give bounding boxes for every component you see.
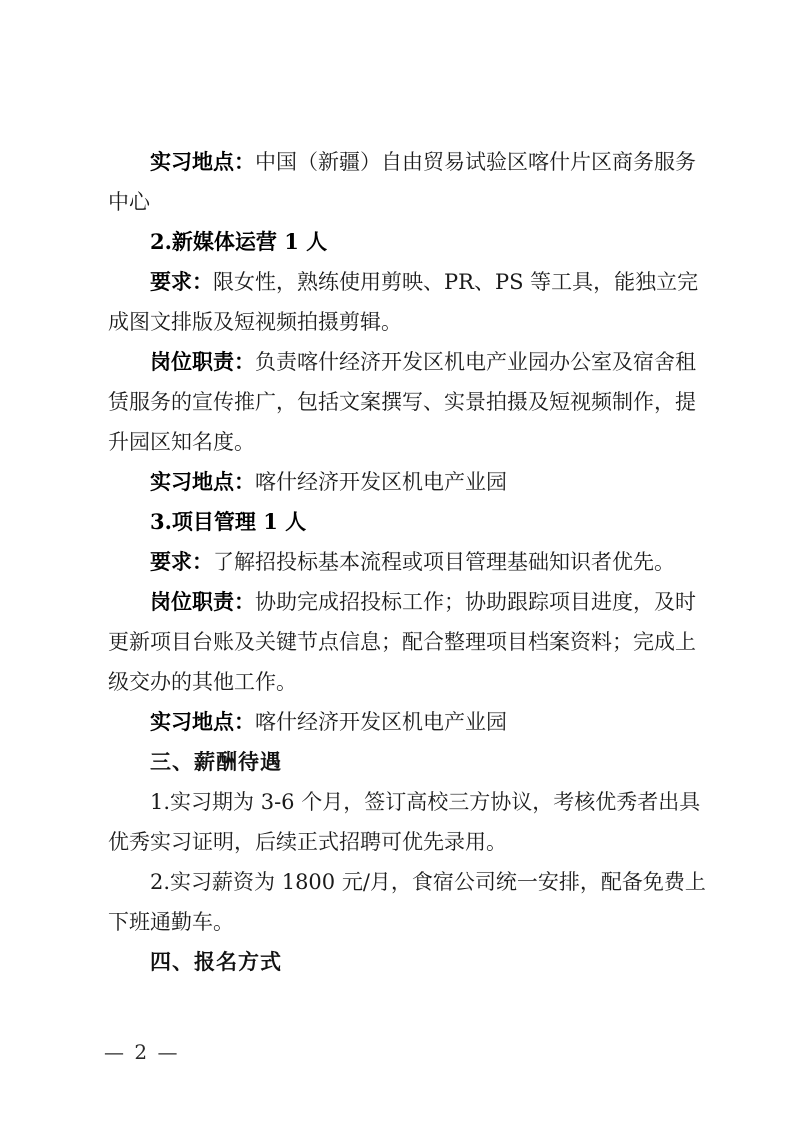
requirements-3-text: 了解招投标基本流程或项目管理基础知识者优先。 (213, 550, 675, 574)
internship-location-1-line2: 中心 (108, 182, 692, 222)
internship-location-label-3: 实习地点： (150, 709, 255, 734)
requirements-2-text: 限女性，熟练使用剪映、PR、PS 等工具，能独立完 (213, 270, 698, 294)
position-2-new-media-heading: 2.新媒体运营 1 人 (108, 222, 692, 262)
duties-3-text: 协助完成招投标工作；协助跟踪项目进度，及时 (255, 590, 696, 614)
internship-location-value: 中国（新疆）自由贸易试验区喀什片区商务服务 (255, 150, 696, 174)
requirements-3-line1: 要求：了解招投标基本流程或项目管理基础知识者优先。 (108, 542, 692, 582)
salary-item-2-text-cont: 下班通勤车。 (108, 910, 234, 934)
duties-3-line3: 级交办的其他工作。 (108, 662, 692, 702)
internship-location-value-3: 喀什经济开发区机电产业园 (255, 710, 507, 734)
duties-label: 岗位职责： (150, 349, 255, 374)
section-4-application-heading: 四、报名方式 (108, 942, 692, 982)
document-body: 实习地点：中国（新疆）自由贸易试验区喀什片区商务服务 中心 2.新媒体运营 1 … (108, 142, 692, 982)
section-3-salary-heading: 三、薪酬待遇 (108, 742, 692, 782)
salary-item-2-line2: 下班通勤车。 (108, 902, 692, 942)
salary-item-2-line1: 2.实习薪资为 1800 元/月，食宿公司统一安排，配备免费上 (108, 862, 692, 902)
duties-2-line1: 岗位职责：负责喀什经济开发区机电产业园办公室及宿舍租 (108, 342, 692, 382)
position-2-heading-text: 2.新媒体运营 1 人 (150, 229, 327, 254)
duties-3-line1: 岗位职责：协助完成招投标工作；协助跟踪项目进度，及时 (108, 582, 692, 622)
position-3-heading-text: 3.项目管理 1 人 (150, 509, 306, 534)
internship-location-value-cont: 中心 (108, 190, 150, 214)
duties-2-line3: 升园区知名度。 (108, 422, 692, 462)
duties-2-text-cont2: 升园区知名度。 (108, 430, 255, 454)
requirements-2-text-cont: 成图文排版及短视频拍摄剪辑。 (108, 310, 402, 334)
section-4-heading-text: 四、报名方式 (150, 950, 282, 974)
internship-location-3: 实习地点：喀什经济开发区机电产业园 (108, 702, 692, 742)
duties-2-text: 负责喀什经济开发区机电产业园办公室及宿舍租 (255, 350, 696, 374)
salary-item-1-line2: 优秀实习证明，后续正式招聘可优先录用。 (108, 822, 692, 862)
salary-item-1-text: 1.实习期为 3-6 个月，签订高校三方协议，考核优秀者出具 (150, 790, 700, 814)
internship-location-value-2: 喀什经济开发区机电产业园 (255, 470, 507, 494)
document-page: 实习地点：中国（新疆）自由贸易试验区喀什片区商务服务 中心 2.新媒体运营 1 … (0, 0, 793, 1122)
duties-3-text-cont2: 级交办的其他工作。 (108, 670, 297, 694)
duties-label-3: 岗位职责： (150, 589, 255, 614)
internship-location-1-line1: 实习地点：中国（新疆）自由贸易试验区喀什片区商务服务 (108, 142, 692, 182)
requirements-label: 要求： (150, 269, 213, 294)
section-3-heading-text: 三、薪酬待遇 (150, 750, 282, 774)
duties-2-line2: 赁服务的宣传推广，包括文案撰写、实景拍摄及短视频制作，提 (108, 382, 692, 422)
requirements-label-3: 要求： (150, 549, 213, 574)
salary-item-1-line1: 1.实习期为 3-6 个月，签订高校三方协议，考核优秀者出具 (108, 782, 692, 822)
requirements-2-line2: 成图文排版及短视频拍摄剪辑。 (108, 302, 692, 342)
internship-location-label: 实习地点： (150, 149, 255, 174)
internship-location-2: 实习地点：喀什经济开发区机电产业园 (108, 462, 692, 502)
requirements-2-line1: 要求：限女性，熟练使用剪映、PR、PS 等工具，能独立完 (108, 262, 692, 302)
duties-3-text-cont1: 更新项目台账及关键节点信息；配合整理项目档案资料；完成上 (108, 630, 696, 654)
page-number: — 2 — (104, 1038, 179, 1066)
internship-location-label-2: 实习地点： (150, 469, 255, 494)
duties-2-text-cont1: 赁服务的宣传推广，包括文案撰写、实景拍摄及短视频制作，提 (108, 390, 696, 414)
salary-item-1-text-cont: 优秀实习证明，后续正式招聘可优先录用。 (108, 830, 507, 854)
position-3-project-mgmt-heading: 3.项目管理 1 人 (108, 502, 692, 542)
salary-item-2-text: 2.实习薪资为 1800 元/月，食宿公司统一安排，配备免费上 (150, 870, 706, 894)
duties-3-line2: 更新项目台账及关键节点信息；配合整理项目档案资料；完成上 (108, 622, 692, 662)
